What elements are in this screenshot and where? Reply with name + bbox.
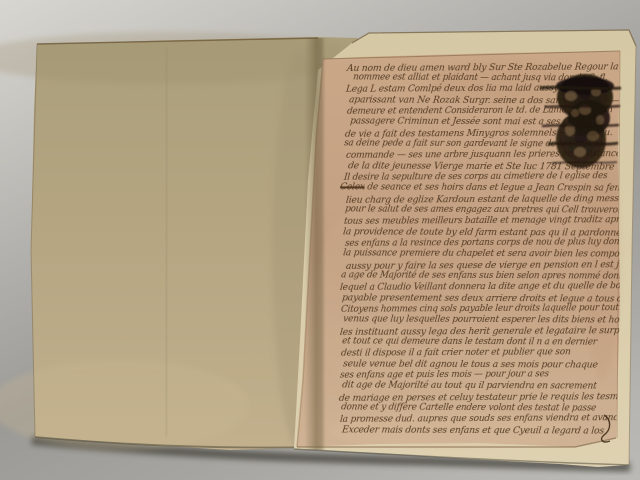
paper-stain [330, 412, 570, 448]
fold-shadow [304, 38, 326, 450]
paper-stain [584, 120, 620, 380]
paper-stain [430, 60, 570, 104]
paper-stain [315, 210, 405, 390]
photo-of-manuscript: Au nom de dieu amen ward bly Sur Ste Roz… [0, 0, 640, 480]
paper-layers [0, 0, 640, 480]
